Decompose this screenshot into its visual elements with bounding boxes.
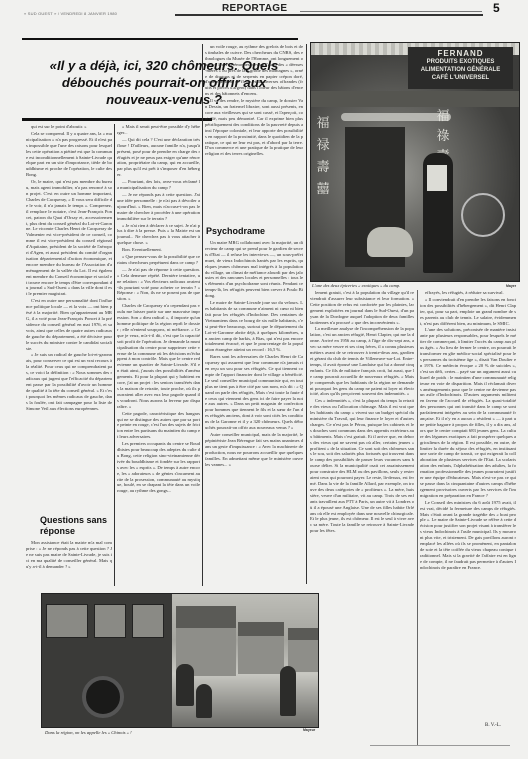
photo-caption-bottom: Dans la région, on les appelle les « Chi… [45, 730, 132, 735]
photo-caption-top: L'une des deux épiceries « exotiques » d… [312, 283, 400, 288]
paragraph: qui est sur le point d'aboutir. » [26, 124, 112, 130]
article-column-3-top: un voile rouge, au rythme des grelots de… [205, 44, 303, 222]
header-rule-thin [300, 11, 482, 12]
paragraph: Autre conseiller municipal, mais de la m… [205, 432, 303, 467]
article-column-1-cont: Mon assistance était la mairie m'a mal c… [26, 540, 112, 584]
paragraph: effrayés, les réfugiés, à réduire sa sur… [420, 290, 516, 296]
house-roof [288, 628, 318, 640]
paragraph: « Je suis un radical de gauche lot-et-ga… [26, 352, 112, 411]
paragraph: « Mais il serait peut-être possible d'y … [117, 124, 200, 136]
paragraph: Bon. Eventuellement. [117, 247, 200, 253]
sign-line: PRODUITS EXOTIQUES [408, 58, 513, 66]
bus-window [46, 604, 88, 638]
bus [42, 594, 172, 727]
article-column-5: effrayés, les réfugiés, à réduire sa sur… [420, 290, 516, 720]
paragraph: — Je ne réponds pas à cette question. J'… [117, 192, 200, 222]
photo-credit-top: Mayer [506, 284, 516, 288]
sign-line: FERNAND [408, 50, 513, 58]
photo-bus-village [41, 593, 319, 728]
bus-wheel [82, 676, 124, 718]
paragraph: — Je n'ai pas de réponse à cette questio… [117, 267, 200, 302]
chinese-characters-left: 福禄壽囍 [315, 113, 331, 201]
paragraph: Cela se comprend. Il y a quatre ans, la … [26, 131, 112, 178]
paragraph: — Qui dit cela ? C'est une déclaration t… [117, 137, 200, 178]
awning [311, 91, 519, 107]
article-column-1: qui est sur le point d'aboutir. » Cela s… [26, 124, 112, 506]
subhead-questions: Questions sans réponse [40, 515, 120, 537]
article-column-2: « Mais il serait peut-être possible d'y … [117, 124, 200, 586]
paragraph: Ces « indemnités », c'est la plupart du … [310, 398, 414, 534]
paragraph: C'est en outre une personnalité dont l'i… [26, 298, 112, 351]
house-roof [238, 622, 284, 636]
photo-credit-bottom: Mayeur [303, 728, 315, 732]
sign-line: ALIMENTATION GÉNÉRALE [408, 66, 513, 74]
paragraph: un voile rouge, au rythme des grelots de… [205, 44, 303, 97]
paragraph: — Pourtant, des lois, avez-vous réclamé … [117, 179, 200, 191]
bus-window [94, 604, 126, 638]
column-divider [417, 290, 418, 745]
paragraph: Le maire de Sainte-Livrade joue sur du v… [205, 300, 303, 353]
running-head: « SUD OUEST » / VENDREDI 8 JANVIER 1980 [24, 11, 117, 16]
store-sign: FERNAND PRODUITS EXOTIQUES ALIMENTATION … [408, 47, 513, 89]
paragraph: « Il conviendrait d'en prendre les faiso… [420, 297, 516, 327]
column-divider [306, 44, 307, 584]
person-shirt [427, 165, 447, 191]
article-column-3: Un maire MRG collaborant avec la majorit… [205, 240, 303, 586]
paragraph: Il va des rendre, le mystère du camp, le… [205, 98, 303, 157]
column-divider [114, 124, 115, 586]
paragraph: « Je n'ai rien à déclarer à ce sujet. Je… [117, 223, 200, 247]
subhead-psychodrame: Psychodrame [206, 226, 302, 237]
paragraph: Mon assistance était la mairie m'a mal c… [26, 540, 112, 570]
section-title: REPORTAGE [222, 3, 287, 14]
paragraph: Les premiers occupants du centre se Boud… [117, 441, 200, 494]
bicycle-wheel [461, 193, 505, 237]
child-figure [280, 666, 296, 716]
paragraph: Charles de Cacqueray n'a cependant pas v… [117, 303, 200, 409]
dog-figure [367, 227, 413, 257]
page-number: 5 [493, 1, 500, 15]
header-rule [175, 14, 483, 16]
paragraph: Rares sont les adversaires de Charles He… [205, 354, 303, 431]
footer-rule [370, 745, 510, 746]
paragraph: Or, le maire, qui n'est pas membre du bu… [26, 179, 112, 297]
headline-rule [22, 118, 212, 121]
byline: B. V.-L. [485, 723, 501, 728]
paragraph: L'une des solutions, préconisée de maniè… [420, 327, 516, 498]
paragraph: lement gratuit, c'est à la population du… [310, 290, 414, 325]
paragraph: La meilleure analyse de l'incompréhensio… [310, 326, 414, 397]
house [238, 636, 284, 674]
house-roof [176, 606, 236, 628]
child-figure [196, 684, 212, 718]
article-column-4: lement gratuit, c'est à la population du… [310, 290, 414, 745]
sign-line: CAFÉ L'UNIVERSEL [408, 74, 513, 82]
paragraph: « Que pensez-vous de la possibilité que … [117, 254, 200, 266]
bus-window [132, 604, 164, 638]
photo-grocery-store: FERNAND PRODUITS EXOTIQUES ALIMENTATION … [310, 42, 520, 282]
child-figure [176, 664, 194, 706]
paragraph: Un maire MRG collaborant avec la majorit… [205, 240, 303, 299]
paragraph: Le Conseil des ministres du 6 août 1975 … [420, 500, 516, 571]
newspaper-page: « SUD OUEST » / VENDREDI 8 JANVIER 1980 … [0, 0, 528, 759]
column-divider [202, 44, 203, 586]
paragraph: Cette pagode, caractéristique des hangar… [117, 411, 200, 441]
